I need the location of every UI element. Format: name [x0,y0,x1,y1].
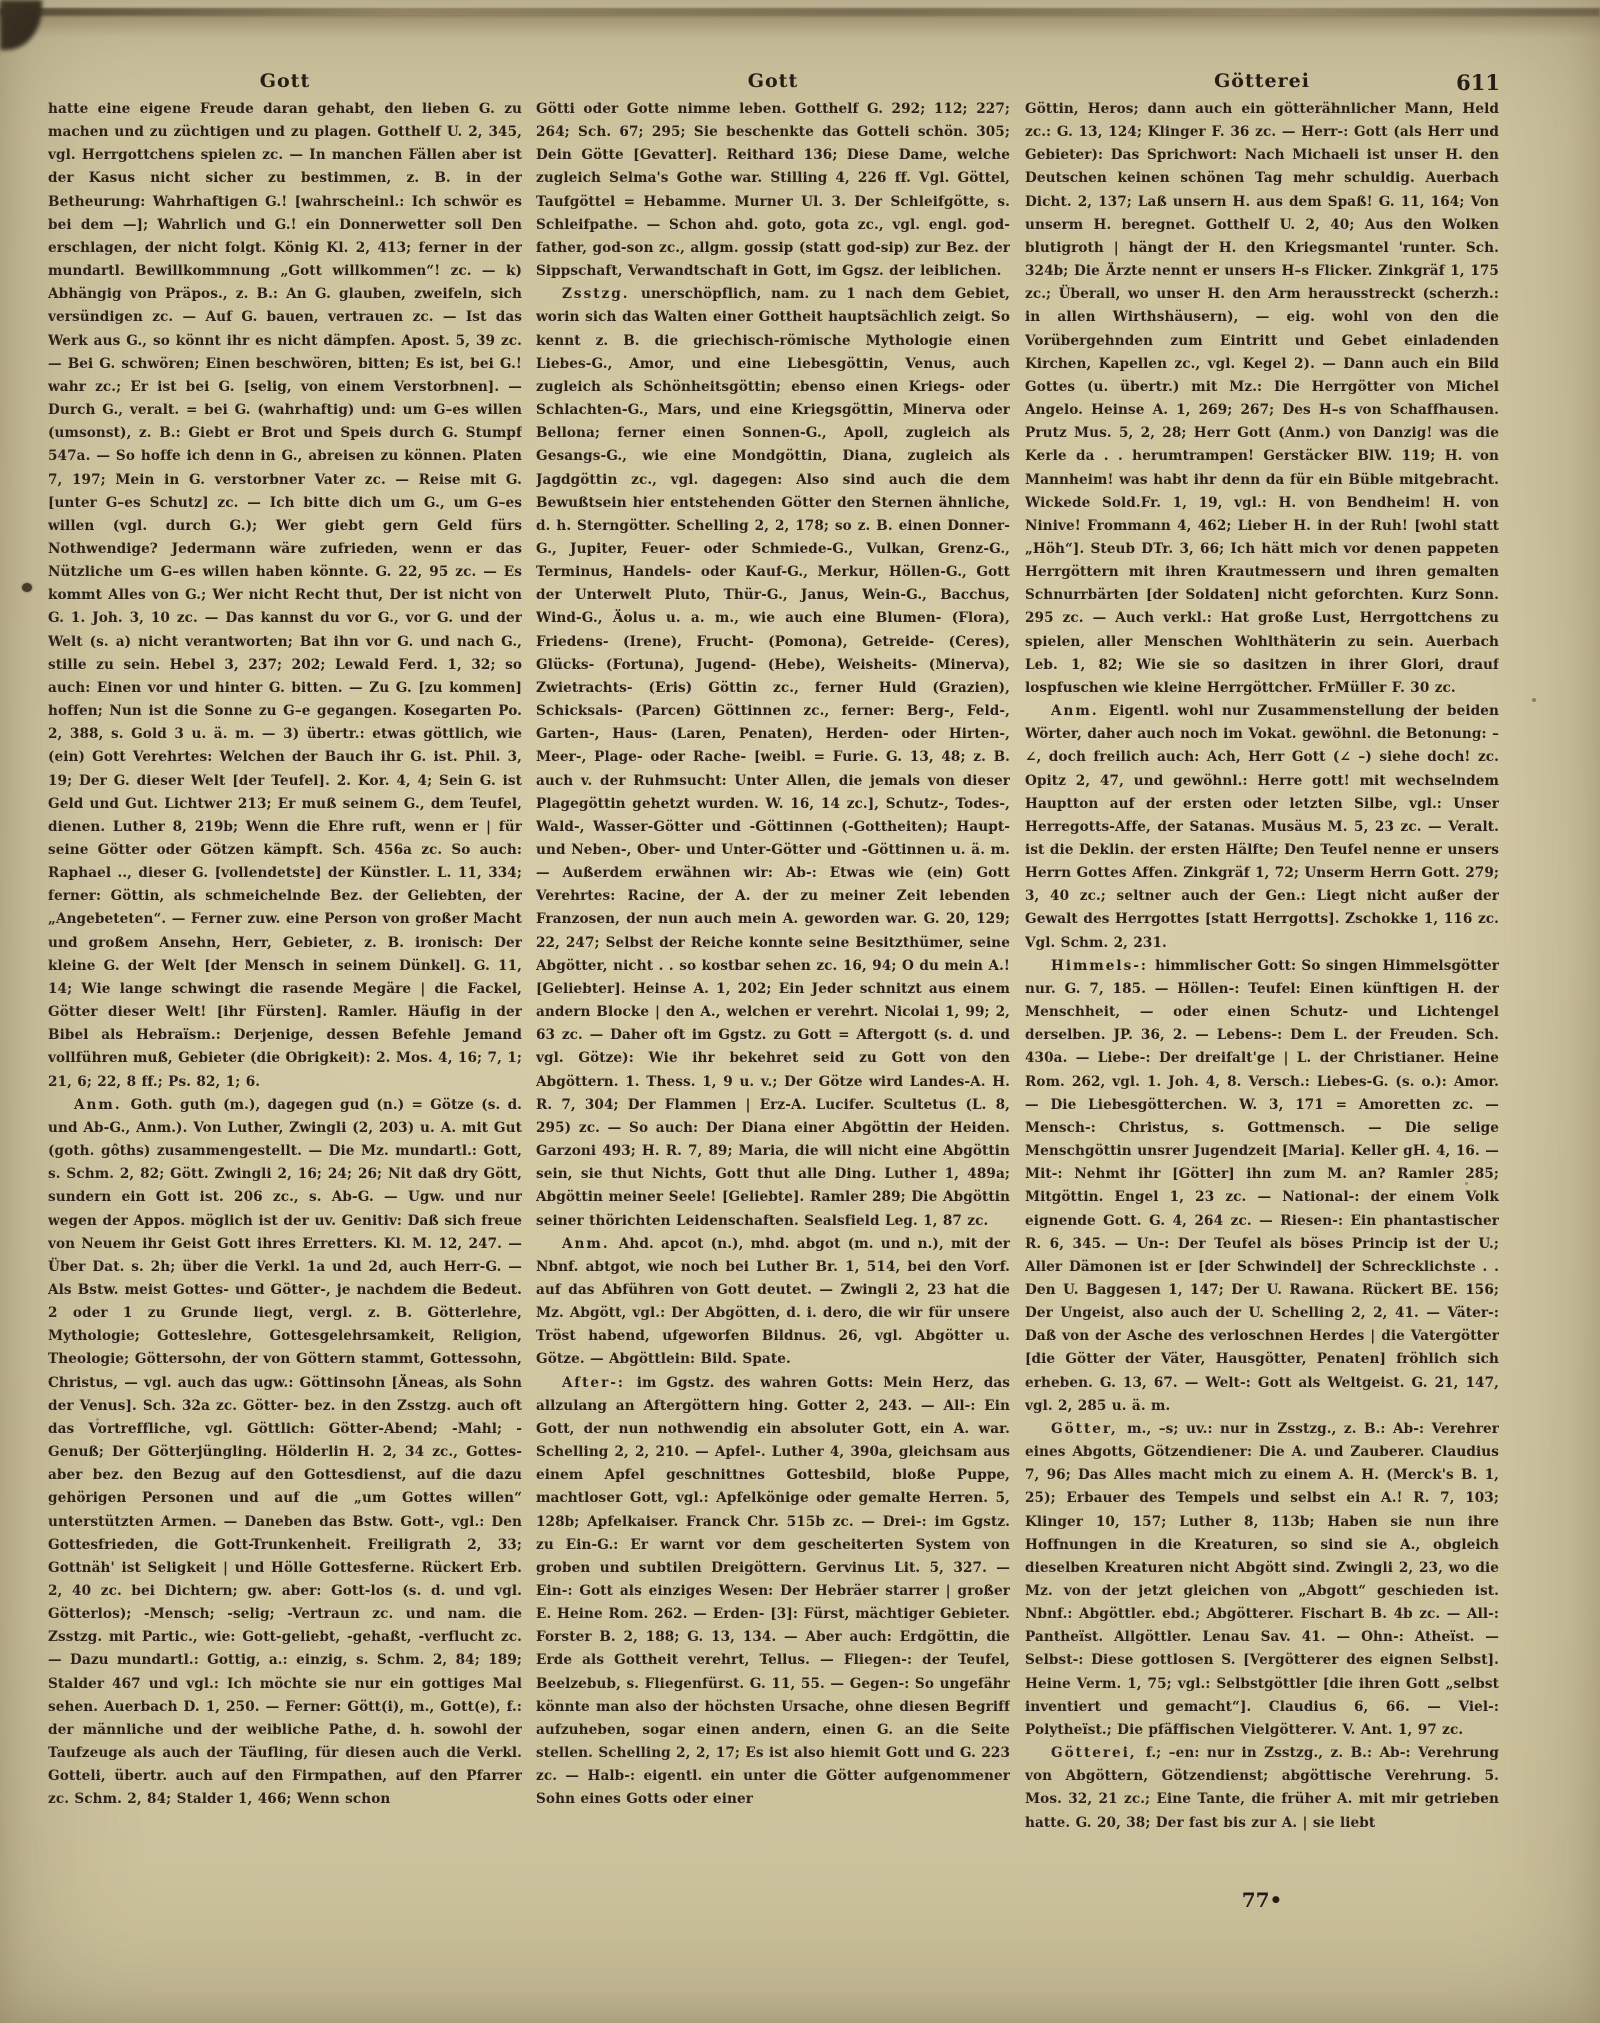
entry-headword: Anm. [562,1236,619,1252]
paragraph: hatte eine eigene Freude daran gehabt, d… [48,98,522,1094]
paragraph: After-: im Ggstz. des wahren Gotts: Mein… [536,1372,1010,1812]
paragraph: Anm. Ahd. apcot (n.), mhd. abgot (m. und… [536,1233,1010,1372]
scan-edge-highlight [0,0,1600,8]
entry-headword: Himmels-: [1051,958,1155,974]
entry-headword: After-: [562,1375,637,1391]
column-title-gott-2: Gott [536,70,1010,92]
scan-corner-blot [0,0,42,50]
sheet-signature: 77• [1025,1888,1499,1912]
entry-headword: Zsstzg. [562,286,641,302]
entry-headword: Anm. [1051,703,1109,719]
paragraph: Götterei, f.; –en: nur in Zsstzg., z. B.… [1025,1742,1499,1835]
entry-headword: Anm. [74,1097,131,1113]
text-column-middle: Götti oder Gotte nimme leben. Gotthelf G… [536,98,1010,1908]
scanned-dictionary-page: { "header": { "column_titles": ["Gott", … [0,0,1600,2023]
paragraph: Anm. Eigentl. wohl nur Zusammenstellung … [1025,700,1499,955]
ink-speck [22,583,32,592]
paragraph: Götter, m., –s; uv.: nur in Zsstzg., z. … [1025,1418,1499,1742]
column-title-gott-1: Gott [48,70,522,92]
running-head: Gott Gott Götterei 611 [0,70,1600,100]
paragraph: Göttin, Heros; dann auch ein götterähnli… [1025,98,1499,700]
paragraph: Götti oder Gotte nimme leben. Gotthelf G… [536,98,1010,283]
paragraph: Himmels-: himmlischer Gott: So singen Hi… [1025,955,1499,1418]
paragraph: Zsstzg. unerschöpflich, nam. zu 1 nach d… [536,283,1010,1232]
text-column-left: hatte eine eigene Freude daran gehabt, d… [48,98,522,1908]
entry-headword: Götterei, [1051,1745,1146,1761]
page-number: 611 [1330,70,1500,95]
paragraph: Anm. Goth. guth (m.), dagegen gud (n.) =… [48,1094,522,1812]
text-column-right: Göttin, Heros; dann auch ein götterähnli… [1025,98,1499,1908]
ink-speck [1532,698,1536,702]
scan-edge-shadow [0,15,1600,37]
entry-headword: Götter, [1051,1421,1127,1437]
